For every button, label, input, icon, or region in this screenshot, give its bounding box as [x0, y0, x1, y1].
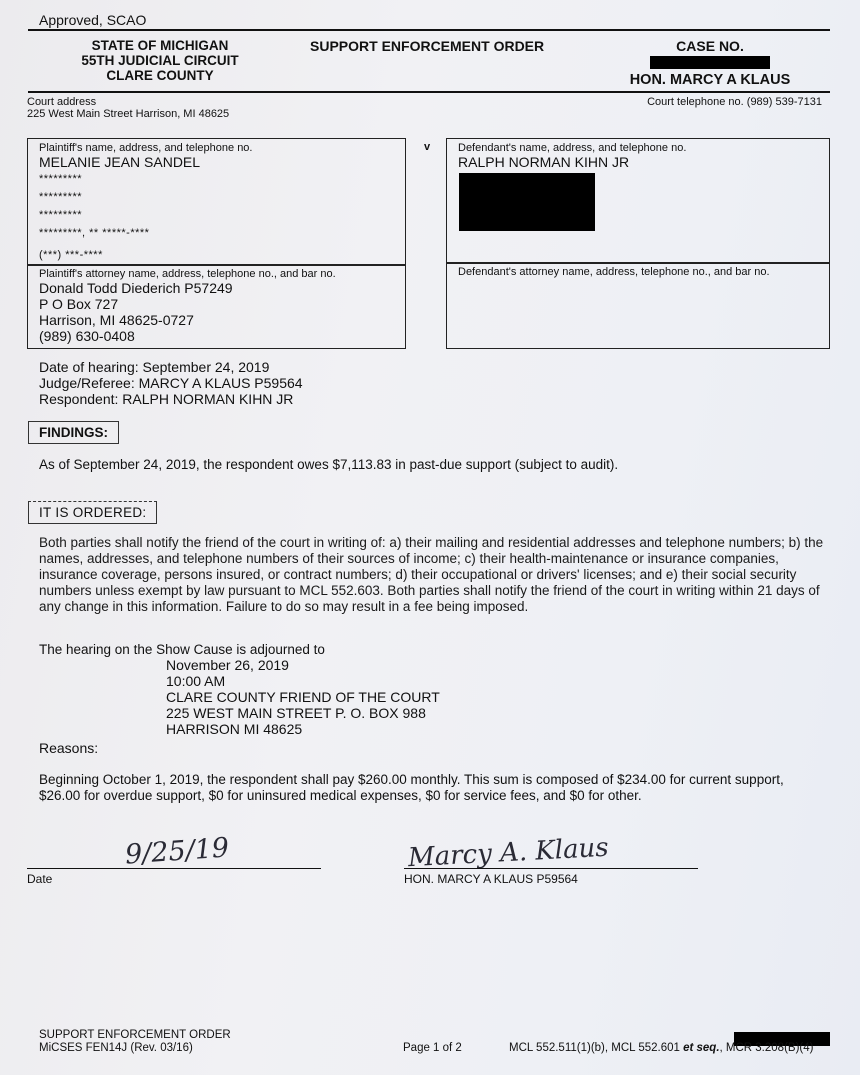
court-name-block: STATE OF MICHIGAN 55TH JUDICIAL CIRCUIT … — [60, 38, 260, 83]
citation-part-b: , MCR 3.208(B)(4) — [720, 1042, 814, 1054]
versus-marker: v — [424, 141, 430, 153]
notify-paragraph: Both parties shall notify the friend of … — [39, 535, 824, 615]
defendant-attorney-box: Defendant's attorney name, address, tele… — [446, 262, 830, 349]
adjourn-location: CLARE COUNTY FRIEND OF THE COURT — [166, 689, 440, 705]
signer-name: HON. MARCY A KLAUS P59564 — [404, 872, 578, 886]
header-bottom-rule — [28, 91, 830, 93]
court-address: Court address 225 West Main Street Harri… — [27, 96, 229, 120]
date-signature-line — [27, 868, 321, 869]
adjourn-time: 10:00 AM — [166, 673, 440, 689]
defendant-label: Defendant's name, address, and telephone… — [447, 139, 829, 154]
defendant-address-redaction — [459, 173, 595, 231]
adjourn-date: November 26, 2019 — [166, 657, 440, 673]
footer-form-id: MiCSES FEN14J (Rev. 03/16) — [39, 1042, 231, 1055]
judge-name: HON. MARCY A KLAUS — [590, 72, 830, 88]
footer-form-name: SUPPORT ENFORCEMENT ORDER — [39, 1029, 231, 1042]
court-state: STATE OF MICHIGAN — [60, 38, 260, 53]
reasons-label: Reasons: — [39, 740, 98, 756]
document-title: SUPPORT ENFORCEMENT ORDER — [310, 38, 544, 54]
judge-signature-line — [404, 868, 698, 869]
date-label: Date — [27, 872, 52, 886]
header-top-rule — [28, 29, 830, 31]
plaintiff-attorney-name: Donald Todd Diederich P57249 — [28, 280, 405, 296]
plaintiff-phone: (***) ***-**** — [28, 246, 405, 264]
plaintiff-address-line-3: ********* — [28, 206, 405, 224]
adjourn-city: HARRISON MI 48625 — [166, 721, 440, 737]
court-circuit: 55TH JUDICIAL CIRCUIT — [60, 53, 260, 68]
case-block: CASE NO. HON. MARCY A KLAUS — [590, 38, 830, 88]
page-number: Page 1 of 2 — [403, 1042, 462, 1054]
approved-scao: Approved, SCAO — [39, 12, 146, 28]
defendant-attorney-label: Defendant's attorney name, address, tele… — [447, 263, 829, 278]
court-address-value: 225 West Main Street Harrison, MI 48625 — [27, 108, 229, 120]
court-address-label: Court address — [27, 96, 229, 108]
hearing-info: Date of hearing: September 24, 2019 Judg… — [39, 359, 303, 407]
footer-form-info: SUPPORT ENFORCEMENT ORDER MiCSES FEN14J … — [39, 1029, 231, 1055]
handwritten-date: 9/25/19 — [124, 832, 230, 870]
findings-heading: FINDINGS: — [28, 421, 119, 444]
plaintiff-city-state-zip: *********, ** *****-**** — [28, 224, 405, 242]
citation-et-seq: et seq. — [683, 1042, 719, 1054]
case-no-label: CASE NO. — [590, 38, 830, 54]
plaintiff-address-line-2: ********* — [28, 188, 405, 206]
plaintiff-label: Plaintiff's name, address, and telephone… — [28, 139, 405, 154]
hearing-respondent: Respondent: RALPH NORMAN KIHN JR — [39, 391, 303, 407]
payment-paragraph: Beginning October 1, 2019, the responden… — [39, 772, 824, 804]
adjourn-text: The hearing on the Show Cause is adjourn… — [39, 642, 325, 658]
footer-citation: MCL 552.511(1)(b), MCL 552.601 et seq., … — [509, 1042, 813, 1054]
defendant-name: RALPH NORMAN KIHN JR — [447, 154, 829, 170]
findings-text: As of September 24, 2019, the respondent… — [39, 457, 618, 473]
plaintiff-attorney-phone: (989) 630-0408 — [28, 328, 405, 344]
case-no-redaction — [650, 56, 770, 69]
court-county: CLARE COUNTY — [60, 68, 260, 83]
citation-part-a: MCL 552.511(1)(b), MCL 552.601 — [509, 1042, 683, 1054]
hearing-judge: Judge/Referee: MARCY A KLAUS P59564 — [39, 375, 303, 391]
plaintiff-attorney-box: Plaintiff's attorney name, address, tele… — [27, 264, 406, 349]
adjourn-details: November 26, 2019 10:00 AM CLARE COUNTY … — [166, 657, 440, 737]
court-telephone: Court telephone no. (989) 539-7131 — [647, 96, 822, 108]
plaintiff-attorney-city: Harrison, MI 48625-0727 — [28, 312, 405, 328]
plaintiff-attorney-address: P O Box 727 — [28, 296, 405, 312]
order-heading: IT IS ORDERED: — [28, 501, 157, 524]
plaintiff-box: Plaintiff's name, address, and telephone… — [27, 138, 406, 266]
plaintiff-attorney-label: Plaintiff's attorney name, address, tele… — [28, 265, 405, 280]
plaintiff-name: MELANIE JEAN SANDEL — [28, 154, 405, 170]
plaintiff-address-line-1: ********* — [28, 170, 405, 188]
adjourn-street: 225 WEST MAIN STREET P. O. BOX 988 — [166, 705, 440, 721]
hearing-date: Date of hearing: September 24, 2019 — [39, 359, 303, 375]
